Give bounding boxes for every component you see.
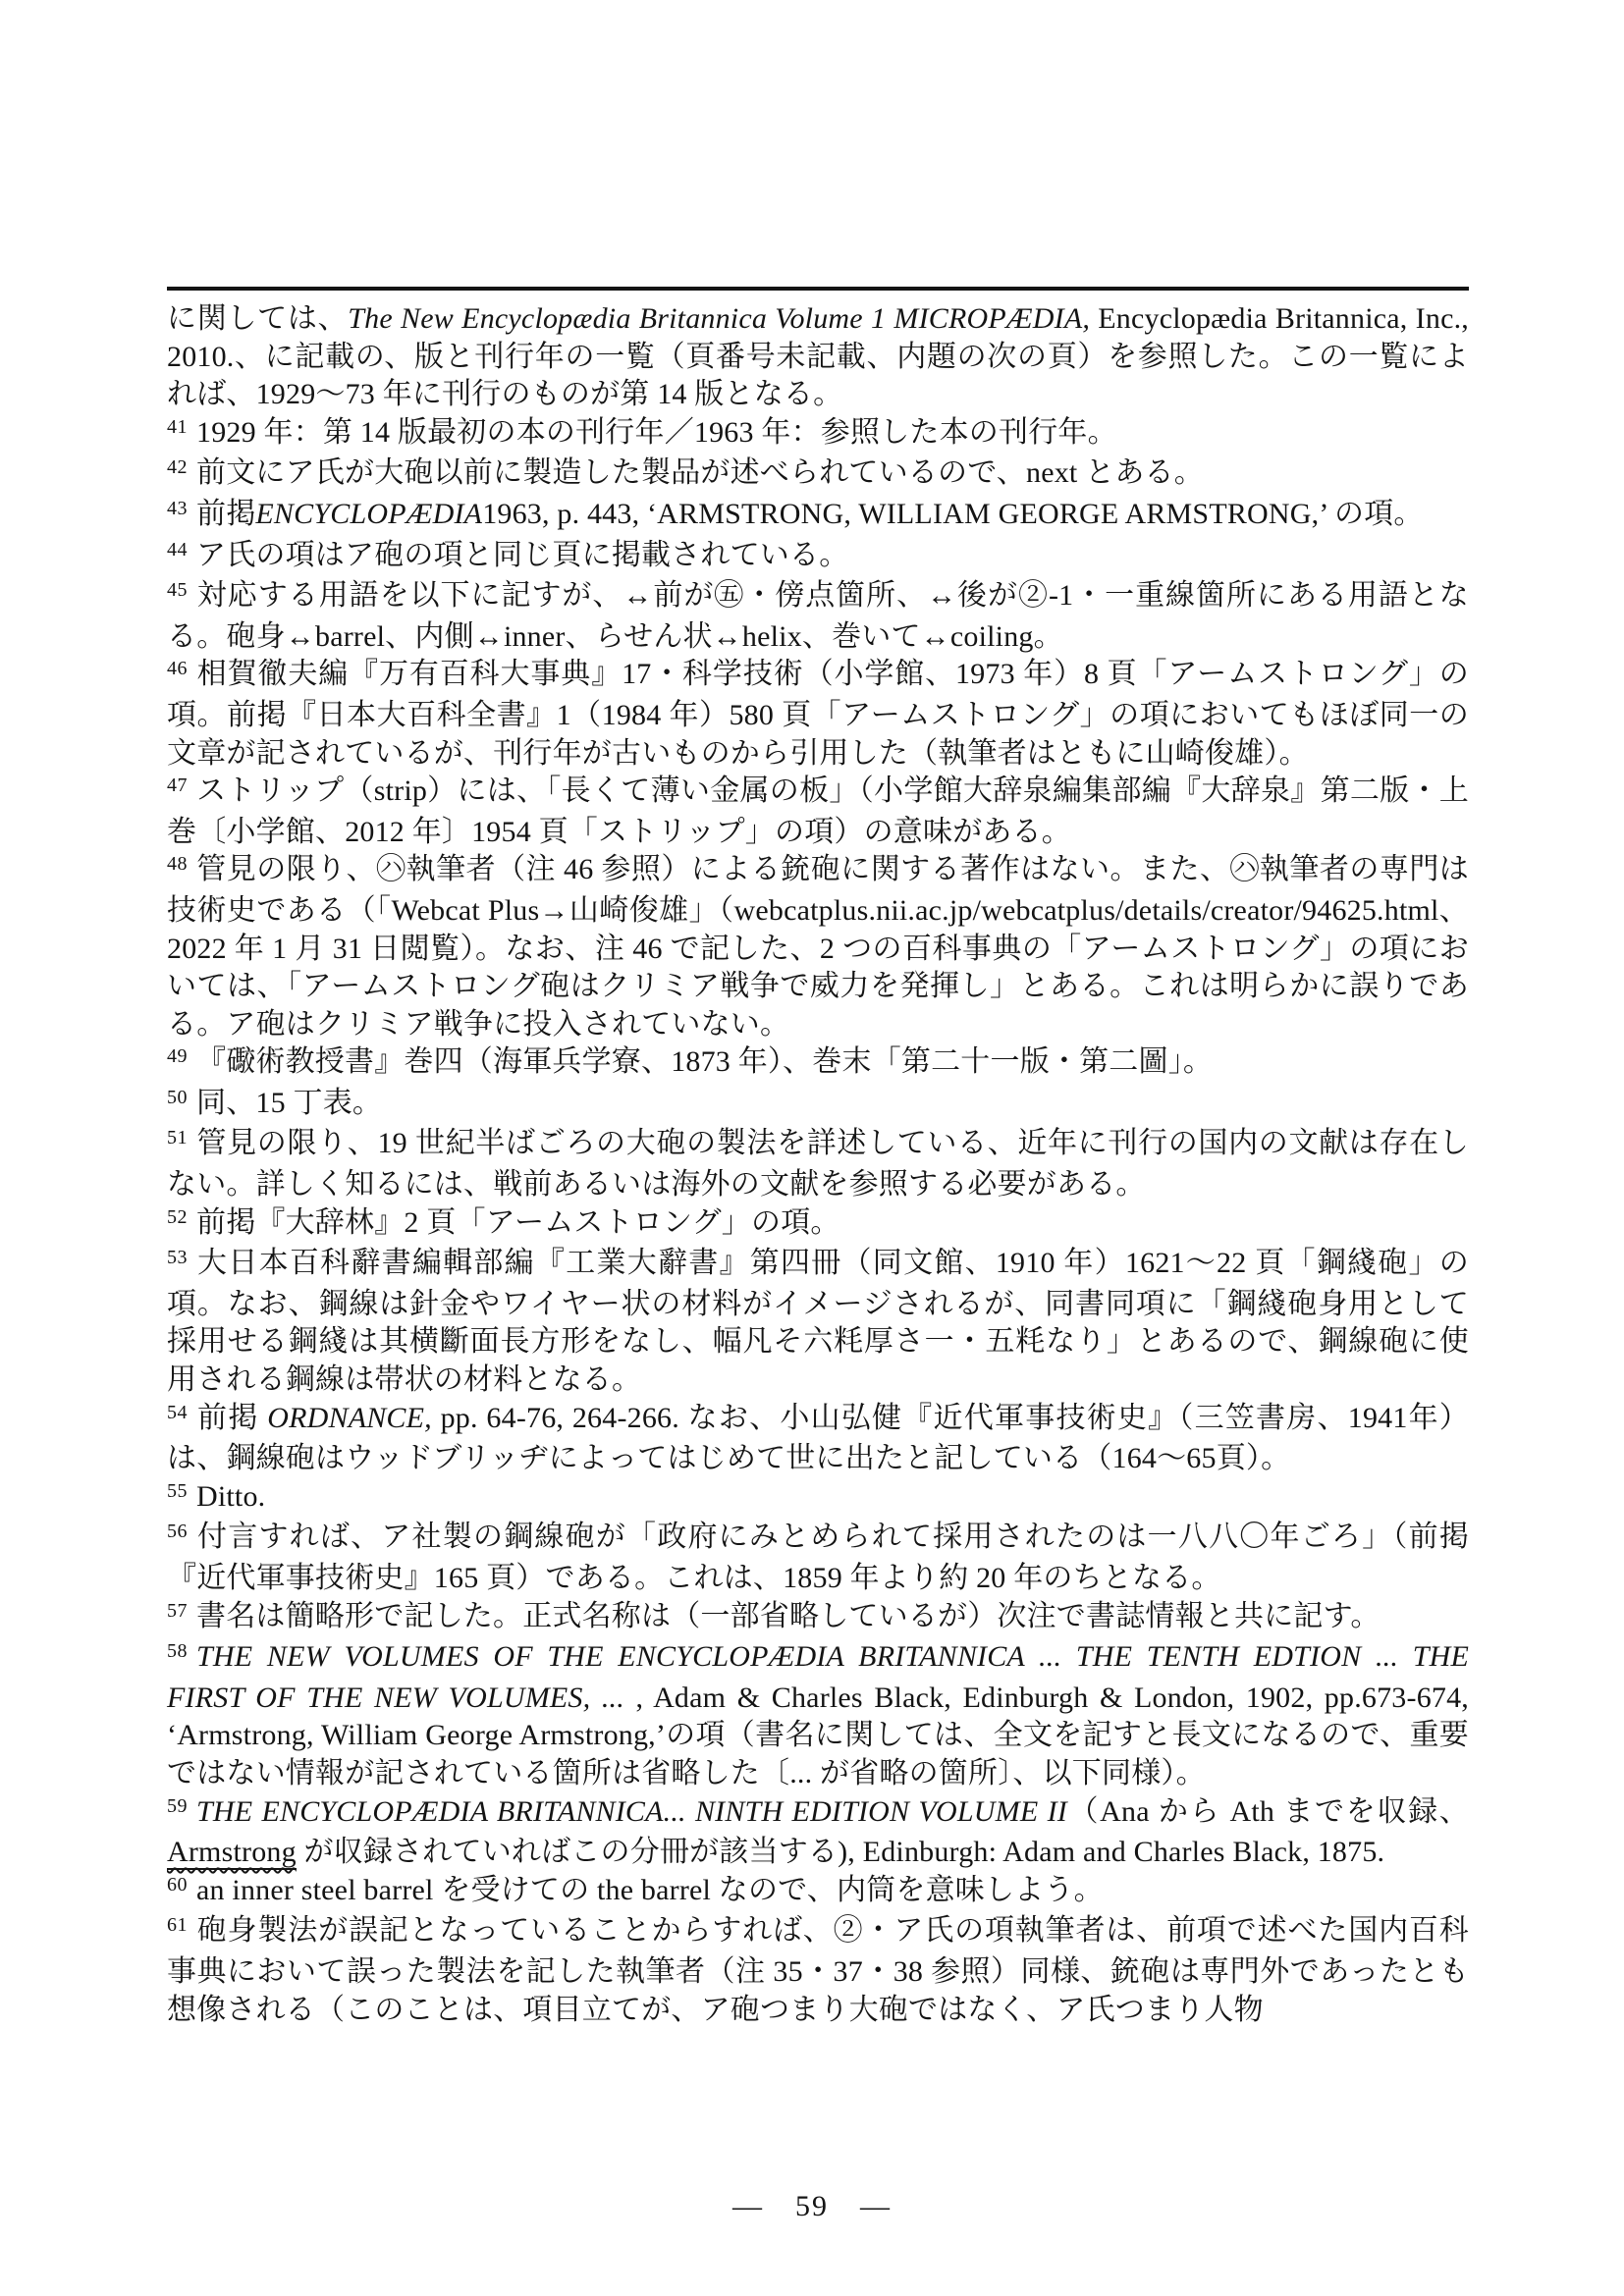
footnote-44: 44ア氏の項はア砲の項と同じ頁に掲載されている。 bbox=[167, 537, 1469, 578]
footnote-text: 大日本百科辭書編輯部編『工業大辭書』第四冊（同文館、1910 年）1621～22… bbox=[167, 1247, 1469, 1396]
footnote-text: 書名は簡略形で記した。正式名称は（一部省略しているが）次注で書誌情報と共に記す。 bbox=[196, 1600, 1380, 1632]
footnote-61: 61砲身製法が誤記となっていることからすれば、②・ア氏の項執筆者は、前項で述べた… bbox=[167, 1912, 1469, 2029]
footnote-text: 前掲 bbox=[196, 498, 255, 530]
footnote-number: 60 bbox=[167, 1866, 188, 1904]
footnote-54: 54前掲 ORDNANCE, pp. 64-76, 264-266. なお、小山… bbox=[167, 1400, 1469, 1478]
footnote-42: 42前文にア氏が大砲以前に製造した製品が述べられているので、next とある。 bbox=[167, 454, 1469, 496]
footnote-text: 対応する用語を以下に記すが、↔前が㊄・傍点箇所、↔後が②-1・一重線箇所にある用… bbox=[167, 579, 1469, 653]
footnote-56: 56付言すれば、ア社製の鋼線砲が「政府にみとめられて採用されたのは一八八〇年ごろ… bbox=[167, 1519, 1469, 1597]
footnote-number: 47 bbox=[167, 767, 188, 805]
footnote-text: に関しては、 bbox=[167, 302, 348, 335]
footnotes-block: に関しては、The New Encyclopædia Britannica Vo… bbox=[167, 300, 1469, 2029]
footnote-number: 48 bbox=[167, 845, 188, 883]
footnote-number: 49 bbox=[167, 1038, 188, 1076]
work-title: The New Encyclopædia Britannica Volume 1… bbox=[348, 302, 1090, 335]
work-title: THE ENCYCLOPÆDIA BRITANNICA... NINTH EDI… bbox=[196, 1795, 1067, 1828]
footnote-number: 45 bbox=[167, 571, 188, 610]
page-number: ― 59 ― bbox=[0, 2181, 1624, 2224]
footnote-text: 付言すれば、ア社製の鋼線砲が「政府にみとめられて採用されたのは一八八〇年ごろ」（… bbox=[167, 1521, 1469, 1594]
footnote-continuation: に関しては、The New Encyclopædia Britannica Vo… bbox=[167, 300, 1469, 414]
footnote-number: 46 bbox=[167, 650, 188, 688]
footnote-51: 51管見の限り、19 世紀半ばごろの大砲の製法を詳述している、近年に刊行の国内の… bbox=[167, 1125, 1469, 1203]
footnote-52: 52前掲『大辞林』2 頁「アームストロング」の項。 bbox=[167, 1204, 1469, 1246]
footnote-number: 43 bbox=[167, 490, 188, 528]
footnote-text: 砲身製法が誤記となっていることからすれば、②・ア氏の項執筆者は、前項で述べた国内… bbox=[167, 1914, 1469, 2025]
footnote-text: 1929 年：第 14 版最初の本の刊行年／1963 年：参照した本の刊行年。 bbox=[196, 416, 1117, 449]
footnote-number: 41 bbox=[167, 408, 188, 447]
footnote-text: 前文にア氏が大砲以前に製造した製品が述べられているので、next とある。 bbox=[196, 456, 1204, 489]
footnote-number: 54 bbox=[167, 1394, 188, 1432]
footnote-43: 43前掲ENCYCLOPÆDIA1963, p. 443, ‘ARMSTRONG… bbox=[167, 496, 1469, 537]
footnote-text: 『礮術教授書』巻四（海軍兵学寮、1873 年）、巻末「第二十一版・第二圖」。 bbox=[196, 1045, 1213, 1078]
footnote-57: 57書名は簡略形で記した。正式名称は（一部省略しているが）次注で書誌情報と共に記… bbox=[167, 1598, 1469, 1639]
work-title: ORDNANCE, bbox=[267, 1402, 432, 1434]
footnote-46: 46相賀徹夫編『万有百科大事典』17・科学技術（小学館、1973 年）8 頁「ア… bbox=[167, 656, 1469, 773]
footnote-number: 61 bbox=[167, 1906, 188, 1945]
footnote-number: 56 bbox=[167, 1513, 188, 1551]
footnote-55: 55Ditto. bbox=[167, 1478, 1469, 1520]
work-title: ENCYCLOPÆDIA bbox=[255, 498, 482, 530]
footnote-49: 49『礮術教授書』巻四（海軍兵学寮、1873 年）、巻末「第二十一版・第二圖」。 bbox=[167, 1043, 1469, 1085]
footnote-text: 相賀徹夫編『万有百科大事典』17・科学技術（小学館、1973 年）8 頁「アーム… bbox=[167, 658, 1469, 769]
footnote-text: 前掲『大辞林』2 頁「アームストロング」の項。 bbox=[196, 1206, 840, 1239]
footnote-separator-line bbox=[167, 287, 1469, 291]
footnote-text: an inner steel barrel を受けての the barrel な… bbox=[196, 1874, 1104, 1906]
document-page: に関しては、The New Encyclopædia Britannica Vo… bbox=[0, 0, 1624, 2296]
footnote-text: 同、15 丁表。 bbox=[196, 1087, 382, 1119]
footnote-text: 管見の限り、19 世紀半ばごろの大砲の製法を詳述している、近年に刊行の国内の文献… bbox=[167, 1127, 1469, 1201]
footnote-number: 51 bbox=[167, 1119, 188, 1157]
footnote-number: 58 bbox=[167, 1632, 188, 1671]
footnote-text: ア氏の項はア砲の項と同じ頁に掲載されている。 bbox=[196, 539, 848, 571]
footnote-text: 前掲 bbox=[196, 1402, 267, 1434]
footnote-text: が収録されていればこの分冊が該当する), Edinburgh: Adam and… bbox=[297, 1836, 1384, 1868]
footnote-53: 53大日本百科辭書編輯部編『工業大辭書』第四冊（同文館、1910 年）1621～… bbox=[167, 1245, 1469, 1399]
footnote-number: 50 bbox=[167, 1079, 188, 1117]
footnote-text: Ditto. bbox=[196, 1480, 265, 1513]
footnote-number: 42 bbox=[167, 449, 188, 487]
footnote-number: 53 bbox=[167, 1239, 188, 1277]
footnote-50: 50同、15 丁表。 bbox=[167, 1085, 1469, 1126]
footnote-45: 45対応する用語を以下に記すが、↔前が㊄・傍点箇所、↔後が②-1・一重線箇所にあ… bbox=[167, 577, 1469, 656]
footnote-text: 管見の限り、㋩執筆者（注 46 参照）による銃砲に関する著作はない。また、㋩執筆… bbox=[167, 853, 1469, 1040]
footnote-text: （Ana から Ath までを収録、 bbox=[1067, 1795, 1469, 1828]
footnote-60: 60an inner steel barrel を受けての the barrel… bbox=[167, 1872, 1469, 1913]
footnote-number: 55 bbox=[167, 1472, 188, 1511]
footnote-47: 47ストリップ（strip）には、「長くて薄い金属の板」（小学館大辞泉編集部編『… bbox=[167, 773, 1469, 851]
footnote-number: 59 bbox=[167, 1788, 188, 1826]
footnote-58: 58THE NEW VOLUMES OF THE ENCYCLOPÆDIA BR… bbox=[167, 1638, 1469, 1792]
footnote-41: 411929 年：第 14 版最初の本の刊行年／1963 年：参照した本の刊行年… bbox=[167, 414, 1469, 455]
footnote-text: ストリップ（strip）には、「長くて薄い金属の板」（小学館大辞泉編集部編『大辞… bbox=[167, 774, 1469, 848]
footnote-number: 52 bbox=[167, 1199, 188, 1237]
footnote-text: 1963, p. 443, ‘ARMSTRONG, WILLIAM GEORGE… bbox=[482, 498, 1423, 530]
footnote-number: 57 bbox=[167, 1592, 188, 1630]
footnote-59: 59THE ENCYCLOPÆDIA BRITANNICA... NINTH E… bbox=[167, 1793, 1469, 1872]
footnote-48: 48管見の限り、㋩執筆者（注 46 参照）による銃砲に関する著作はない。また、㋩… bbox=[167, 851, 1469, 1043]
footnote-number: 44 bbox=[167, 531, 188, 569]
